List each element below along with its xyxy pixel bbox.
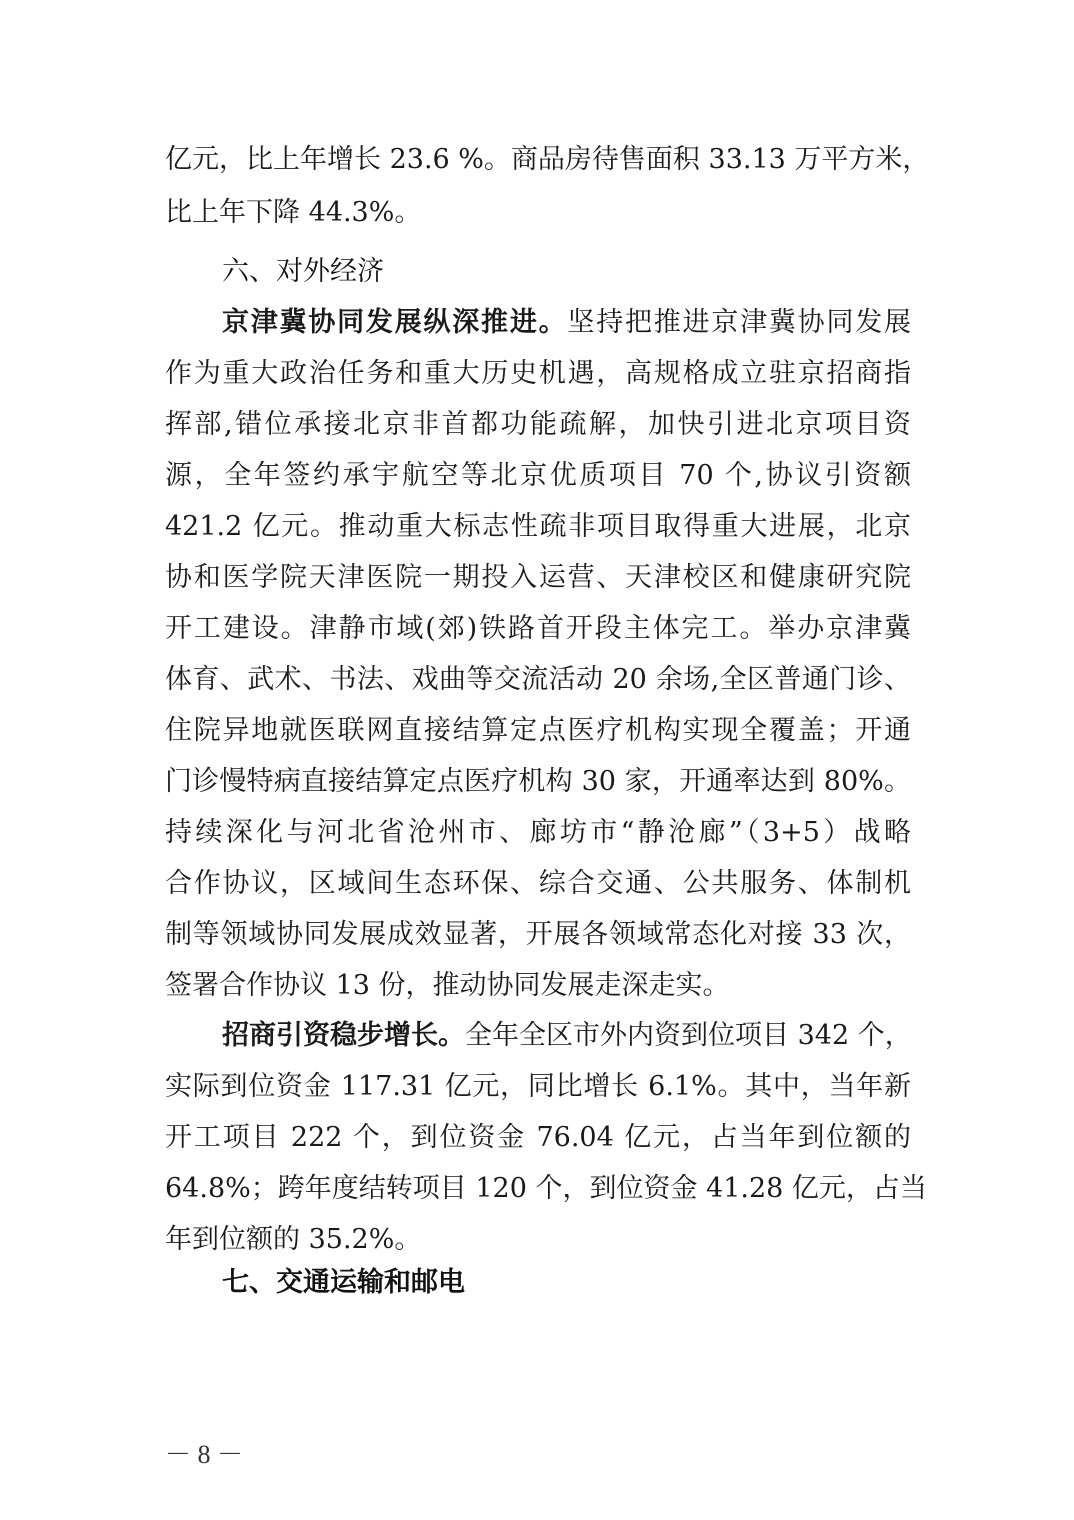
paragraph-first-line: 招商引资稳步增长。全年全区市外内资到位项目 342 个， <box>222 1019 911 1053</box>
body-text-line: 开工项目 222 个，到位资金 76.04 亿元，占当年到位额的 <box>165 1121 911 1155</box>
body-text-line: 合作协议，区域间生态环保、综合交通、公共服务、体制机 <box>165 867 911 901</box>
body-text-line: 开工建设。津静市域(郊)铁路首开段主体完工。举办京津冀 <box>165 612 911 646</box>
page-number: － 8 － <box>165 1440 243 1470</box>
body-text-line: 比上年下降 44.3%。 <box>165 196 911 230</box>
paragraph-lead-bold: 招商引资稳步增长。 <box>222 1020 465 1051</box>
section-heading-7: 七、交通运输和邮电 <box>222 1266 465 1300</box>
body-text-line: 协和医学院天津医院一期投入运营、天津校区和健康研究院 <box>165 561 911 595</box>
paragraph-lead-bold: 京津冀协同发展纵深推进。 <box>222 307 567 338</box>
paragraph-first-line: 京津冀协同发展纵深推进。坚持把推进京津冀协同发展 <box>222 306 911 340</box>
paragraph-text: 全年全区市外内资到位项目 342 个， <box>465 1020 912 1051</box>
body-text-line: 持续深化与河北省沧州市、廊坊市“静沧廊”（3+5）战略 <box>165 816 911 850</box>
body-text-line: 体育、武术、书法、戏曲等交流活动 20 余场,全区普通门诊、 <box>165 663 911 697</box>
body-text-line: 421.2 亿元。推动重大标志性疏非项目取得重大进展，北京 <box>165 510 911 544</box>
body-text-line: 挥部,错位承接北京非首都功能疏解，加快引进北京项目资 <box>165 408 911 442</box>
body-text-line: 住院异地就医联网直接结算定点医疗机构实现全覆盖；开通 <box>165 714 911 748</box>
body-text-line: 亿元，比上年增长 23.6 %。商品房待售面积 33.13 万平方米， <box>165 143 911 177</box>
section-heading-6: 六、对外经济 <box>222 255 384 289</box>
body-text-line: 制等领域协同发展成效显著，开展各领域常态化对接 33 次， <box>165 918 911 952</box>
document-page: 亿元，比上年增长 23.6 %。商品房待售面积 33.13 万平方米， 比上年下… <box>0 0 1074 1520</box>
paragraph-text: 坚持把推进京津冀协同发展 <box>567 307 911 338</box>
body-text-line: 年到位额的 35.2%。 <box>165 1223 911 1257</box>
body-text-line: 签署合作协议 13 份，推动协同发展走深走实。 <box>165 969 911 1003</box>
body-text-line: 源，全年签约承宇航空等北京优质项目 70 个,协议引资额 <box>165 459 911 493</box>
body-text-line: 64.8%；跨年度结转项目 120 个，到位资金 41.28 亿元，占当 <box>165 1172 911 1206</box>
body-text-line: 实际到位资金 117.31 亿元，同比增长 6.1%。其中，当年新 <box>165 1070 911 1104</box>
body-text-line: 作为重大政治任务和重大历史机遇，高规格成立驻京招商指 <box>165 357 911 391</box>
body-text-line: 门诊慢特病直接结算定点医疗机构 30 家，开通率达到 80%。 <box>165 765 911 799</box>
